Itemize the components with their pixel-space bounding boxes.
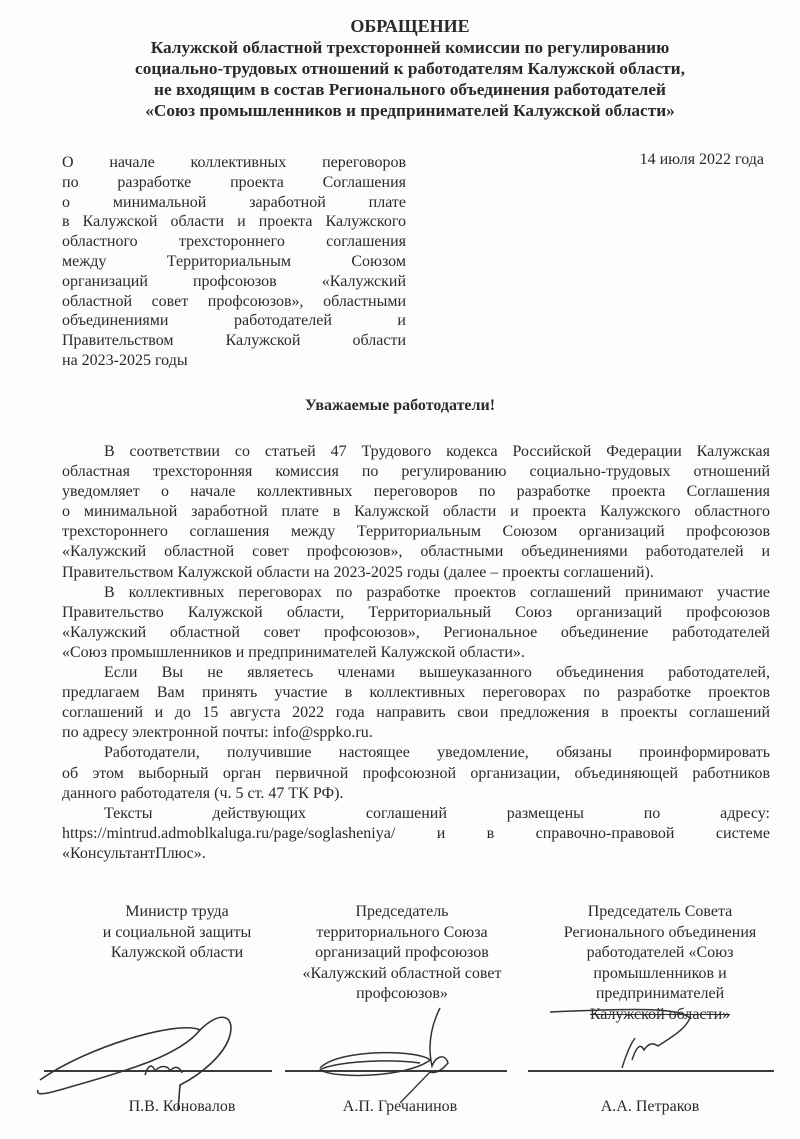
signer-title-minister: Министр труда и социальной защиты Калужс…	[72, 902, 282, 964]
signer-name-konovalov: П.В. Коновалов	[72, 1098, 292, 1116]
body-line: предлагаем Вам принять участие в коллект…	[62, 683, 770, 703]
subject-line: по разработке проекта Соглашения	[62, 173, 406, 193]
body-line: Если Вы не являетесь членами вышеуказанн…	[62, 663, 770, 683]
subject-line: О начале коллективных переговоров	[62, 153, 406, 173]
body-line: Правительством Калужской области на 2023…	[62, 563, 770, 583]
signer-title-line: профсоюзов»	[272, 984, 532, 1005]
subtitle-line: Калужской областной трехсторонней комисс…	[80, 37, 740, 58]
signer-title-line: Председатель Совета	[540, 902, 780, 923]
signer-title-line: и социальной защиты	[72, 923, 282, 944]
document-title: ОБРАЩЕНИЕ	[80, 16, 740, 37]
document-page: ОБРАЩЕНИЕ Калужской областной трехсторон…	[0, 0, 800, 1139]
signer-title-line: территориального Союза	[272, 923, 532, 944]
body-line: уведомляет о начале коллективных перегов…	[62, 482, 770, 502]
body-line: «Калужский областной совет профсоюзов», …	[62, 623, 770, 643]
signer-title-line: Регионального объединения	[540, 923, 780, 944]
signer-title-line: работодателей «Союз	[540, 943, 780, 964]
subject-line: между Территориальным Союзом	[62, 252, 406, 272]
body-line: В соответствии со статьей 47 Трудового к…	[62, 442, 770, 462]
signer-title-line: организаций профсоюзов	[272, 943, 532, 964]
body-line: «КонсультантПлюс».	[62, 844, 770, 864]
subtitle-line: социально-трудовых отношений к работодат…	[80, 58, 740, 79]
subject-line: Правительством Калужской области	[62, 331, 406, 351]
url-line: https://mintrud.admoblkaluga.ru/page/sog…	[62, 824, 770, 844]
signer-name-grechaninov: А.П. Гречанинов	[300, 1098, 500, 1116]
signer-title-line: промышленников и	[540, 964, 780, 985]
signer-title-line: Калужской области	[72, 943, 282, 964]
body-text: В соответствии со статьей 47 Трудового к…	[62, 442, 770, 864]
signer-title-line: «Калужский областной совет	[272, 964, 532, 985]
signer-title-employers: Председатель Совета Регионального объеди…	[540, 902, 780, 1025]
subject-line: в Калужской области и проекта Калужского	[62, 212, 406, 232]
body-line: Работодатели, получившие настоящее уведо…	[62, 743, 770, 763]
subtitle-line: не входящим в состав Регионального объед…	[80, 79, 740, 100]
subject-line: областной совет профсоюзов», областными	[62, 292, 406, 312]
body-line: о минимальной заработной плате в Калужск…	[62, 502, 770, 522]
subject-line: организаций профсоюзов «Калужский	[62, 272, 406, 292]
body-line: соглашений и до 15 августа 2022 года нап…	[62, 703, 770, 723]
subject-line: областного трехстороннего соглашения	[62, 232, 406, 252]
signer-title-line: предпринимателей	[540, 984, 780, 1005]
body-line: областная трехсторонняя комиссия по регу…	[62, 462, 770, 482]
document-date: 14 июля 2022 года	[640, 150, 764, 170]
signer-title-line: Председатель	[272, 902, 532, 923]
body-line: Правительство Калужской области, Террито…	[62, 603, 770, 623]
body-line: об этом выборный орган первичной профсою…	[62, 764, 770, 784]
body-line: «Калужский областной совет профсоюзов», …	[62, 542, 770, 562]
subtitle-line: «Союз промышленников и предпринимателей …	[80, 100, 740, 121]
body-line: данного работодателя (ч. 5 ст. 47 ТК РФ)…	[62, 784, 770, 804]
subject-block: О начале коллективных переговоров по раз…	[62, 153, 406, 371]
body-line: В коллективных переговорах по разработке…	[62, 583, 770, 603]
signer-title-union: Председатель территориального Союза орга…	[272, 902, 532, 1005]
signer-title-line: Министр труда	[72, 902, 282, 923]
body-line: «Союз промышленников и предпринимателей …	[62, 643, 770, 663]
greeting: Уважаемые работодатели!	[0, 397, 800, 415]
subject-line: на 2023-2025 годы	[62, 351, 406, 371]
subject-line: о минимальной заработной плате	[62, 193, 406, 213]
body-line: трехстороннего соглашения между Территор…	[62, 522, 770, 542]
signature-petrakov-icon	[540, 1010, 700, 1080]
email-line: по адресу электронной почты: info@sppko.…	[62, 723, 770, 743]
document-header: ОБРАЩЕНИЕ Калужской областной трехсторон…	[80, 16, 740, 121]
subject-line: объединениями работодателей и	[62, 311, 406, 331]
signer-name-petrakov: А.А. Петраков	[550, 1098, 750, 1116]
body-line: Тексты действующих соглашений размещены …	[62, 804, 770, 824]
